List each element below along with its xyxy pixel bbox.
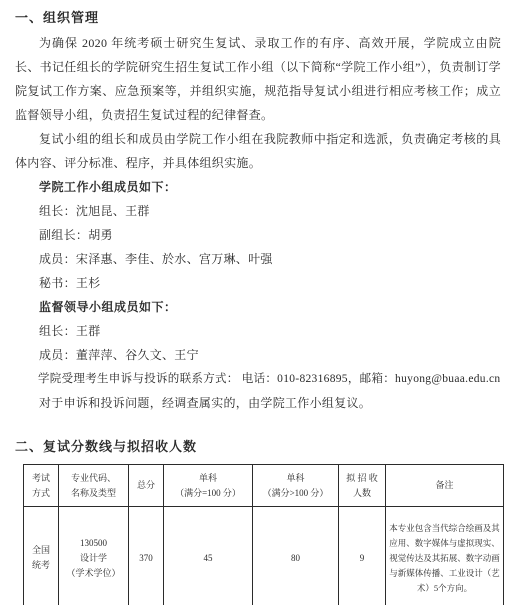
- document-page: 一、组织管理 为确保 2020 年统考硕士研究生复试、录取工作的有序、高效开展，…: [0, 0, 505, 605]
- table-row: 全国 统考 130500 设计学 （学术学位） 370 45 80 9 本专业包…: [24, 507, 504, 605]
- header-single-gt100: 单科 （满分>100 分）: [253, 465, 339, 507]
- header-single-eq100: 单科 （满分=100 分）: [164, 465, 253, 507]
- cell-single-gt100: 80: [253, 507, 339, 605]
- header-total-score: 总分: [129, 465, 164, 507]
- work-group-deputy: 副组长：胡勇: [15, 223, 501, 247]
- contact-line: 学院受理考生申诉与投诉的联系方式： 电话：010-82316895，邮箱：huy…: [15, 367, 501, 391]
- supervision-group-heading: 监督领导小组成员如下：: [15, 295, 501, 319]
- section1-paragraph-1: 为确保 2020 年统考硕士研究生复试、录取工作的有序、高效开展，学院成立由院长…: [15, 31, 501, 127]
- header-remark: 备注: [386, 465, 504, 507]
- score-table: 考试 方式 专业代码、 名称及类型 总分 单科 （满分=100 分） 单科 （满…: [23, 464, 504, 605]
- cell-major: 130500 设计学 （学术学位）: [59, 507, 129, 605]
- table-header-row: 考试 方式 专业代码、 名称及类型 总分 单科 （满分=100 分） 单科 （满…: [24, 465, 504, 507]
- section2-heading: 二、复试分数线与拟招收人数: [15, 437, 501, 457]
- supervision-group-leader: 组长：王群: [15, 319, 501, 343]
- header-exam-type: 考试 方式: [24, 465, 59, 507]
- cell-remark: 本专业包含当代综合绘画及其应用、数字媒体与虚拟现实、视觉传达及其拓展、数字动画与…: [386, 507, 504, 605]
- work-group-heading: 学院工作小组成员如下：: [15, 175, 501, 199]
- appeal-line: 对于申诉和投诉问题，经调查属实的，由学院工作小组复议。: [15, 391, 501, 415]
- work-group-secretary: 秘书：王杉: [15, 271, 501, 295]
- cell-exam-type: 全国 统考: [24, 507, 59, 605]
- work-group-members: 成员：宋泽惠、李佳、於水、宫万琳、叶强: [15, 247, 501, 271]
- cell-total-score: 370: [129, 507, 164, 605]
- work-group-leader: 组长：沈旭昆、王群: [15, 199, 501, 223]
- section1-heading: 一、组织管理: [15, 8, 501, 28]
- header-planned-admission: 拟 招 收 人数: [339, 465, 386, 507]
- header-major: 专业代码、 名称及类型: [59, 465, 129, 507]
- section1-paragraph-2: 复试小组的组长和成员由学院工作小组在我院教师中指定和选派，负责确定考核的具体内容…: [15, 127, 501, 175]
- cell-planned-admission: 9: [339, 507, 386, 605]
- supervision-group-members: 成员：董萍萍、谷久文、王宁: [15, 343, 501, 367]
- cell-single-eq100: 45: [164, 507, 253, 605]
